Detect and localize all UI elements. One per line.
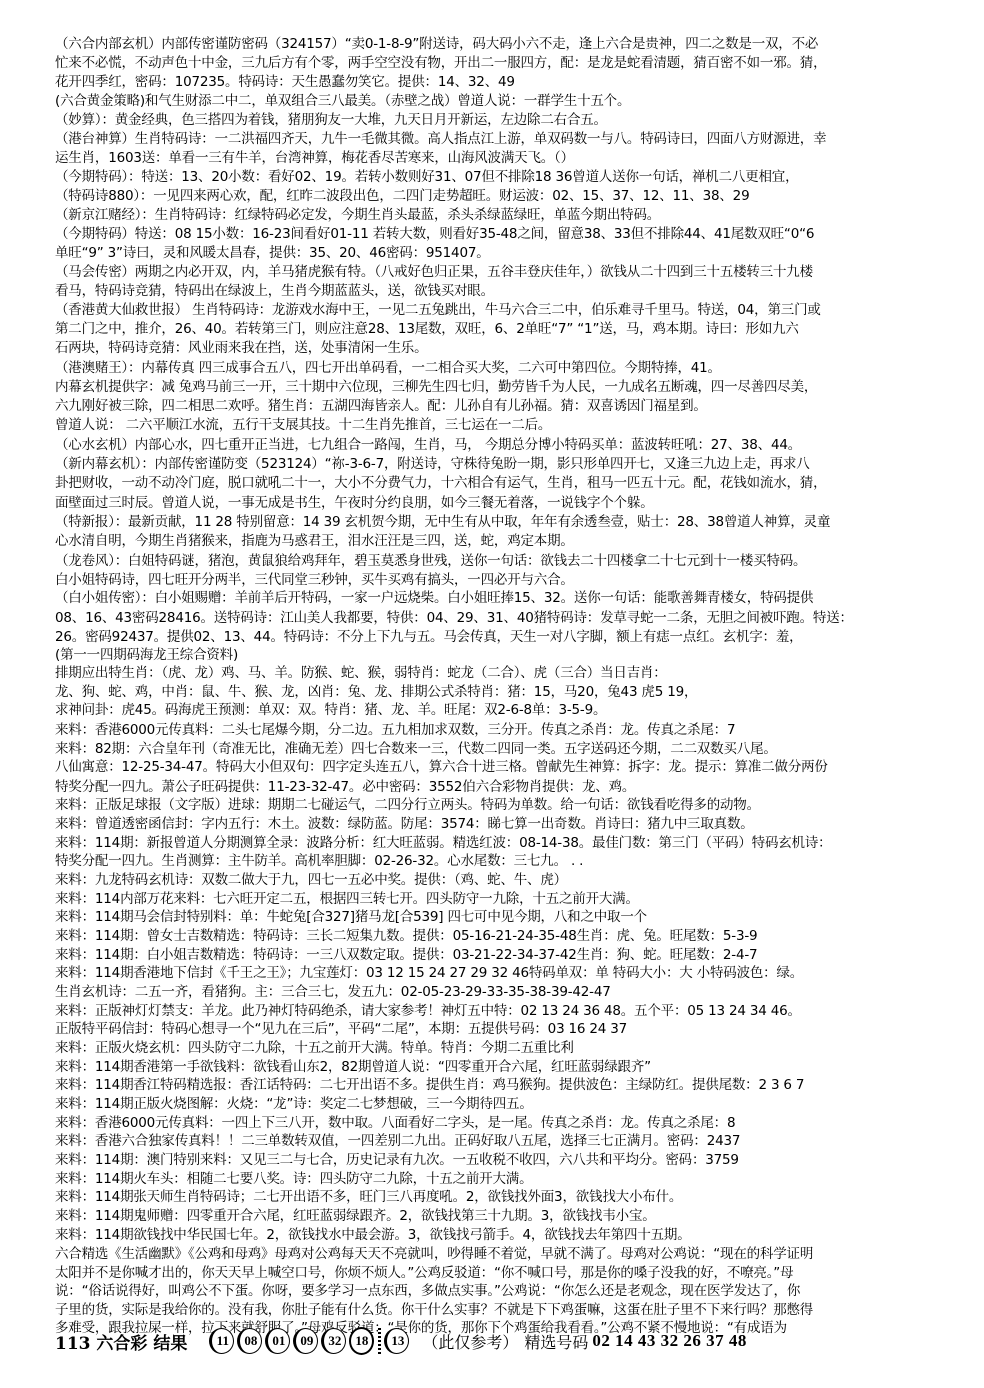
text-line: 看马，特码诗竞猜，特码出在绿波上，生肖今期蓝蓝头，送，欲钱买对眼。 bbox=[55, 282, 494, 300]
text-line: 花开四季红，密码：107235。特码诗：天生愚蠢勿笑它。提供：14、32、49 bbox=[55, 73, 515, 91]
text-line: （六合内部玄机）内部传密谨防密码（324157）“卖0-1-8-9”附送诗，码大… bbox=[55, 35, 818, 53]
text-line: 第二门之中，推介，26、40。若转第三门，则应注意28、13尾数，双旺，6、2单… bbox=[55, 320, 799, 338]
text-line: 石两块，特码诗竞猜：风业雨来我在挡，送，处事清闲一生乐。 bbox=[55, 339, 427, 357]
text-line: （新京江赌经）：生肖特码诗：红绿特码必定发，今期生肖头最蓝，杀头杀绿蓝绿旺，单蓝… bbox=[55, 206, 660, 224]
text-line: 来料：114期张天师生肖特码诗；二七开出语不多，旺门三八再度吼。2，欲钱找外面3… bbox=[55, 1188, 682, 1206]
result-ball: 08 bbox=[237, 1328, 262, 1354]
text-line: 求神问卦：虎45。码海虎王预测：单双：双。特肖：猪、龙、羊。旺尾：双2-6-8单… bbox=[55, 701, 606, 719]
text-line: （香港黄大仙救世报） 生肖特码诗：龙游戏水海中王，一见二五兔跳出，牛马六合三二中… bbox=[55, 301, 821, 319]
text-line: （特码诗880）：一见四来两心欢，配，红昨二波段出色，二四门走势超旺。财运波：0… bbox=[55, 187, 749, 205]
text-line: 特奖分配一四九。萧公子旺码提供：11-23-32-47。必中密码：3552伯六合… bbox=[55, 778, 635, 796]
result-row: 113 六合彩 结果 11 08 01 09 32 18 13 （此仅参考） 精… bbox=[55, 1327, 747, 1355]
text-line: 来料：114期：澳门特别来料：又见三二与七合，历史记录有九次。一五收税不收四，六… bbox=[55, 1151, 739, 1169]
document-page: （六合内部玄机）内部传密谨防密码（324157）“卖0-1-8-9”附送诗，码大… bbox=[0, 0, 984, 1388]
text-line: 特奖分配一四九。生肖测算：主牛防羊。高机率胆脚：02-26-32。心水尾数：三七… bbox=[55, 852, 583, 870]
text-line: 来料：114期香江特码精选报：香江话特码：二七开出语不多。提供生肖：鸡马猴狗。提… bbox=[55, 1076, 804, 1094]
text-line: 卦把财收，一动不动冷门庭，脱口就吼二十一，大小不分费气力，十六相合有运气，生肖，… bbox=[55, 474, 826, 492]
text-line: 来料：正版神灯灯禁支：羊龙。此乃神灯特码绝杀，请大家参考！神灯五中特：02 13… bbox=[55, 1002, 801, 1020]
result-ball: 09 bbox=[293, 1328, 318, 1354]
text-line: 08、16、43密码28416。送特码诗：江山美人我都要，特供：04、29、31… bbox=[55, 609, 853, 627]
text-line: 六九刚好被三除，四二相思二欢呼。猪生肖：五湖四海皆亲人。配：儿孙自有儿孙福。猜：… bbox=[55, 397, 707, 415]
text-line: 26。密码92437。提供02、13、44。特码诗：不分上下九与五。马会传真，天… bbox=[55, 628, 802, 646]
text-line: 来料：114期：曾女士吉数精选：特码诗：三长二短集九数。提供：05-16-21-… bbox=[55, 927, 757, 945]
text-line: 来料：正版足球报（文字版）进球：期期二七碰运气，二四分行立两头。特码为单数。给一… bbox=[55, 796, 760, 814]
text-line: （马会传密）两期之内必开双，内，羊马猪虎猴有特。（八戒好色归正果，五谷丰登庆佳年… bbox=[55, 263, 813, 281]
text-line: 来料：香港6000元传真料：一四上下三八开，数中取。八面看好二字头，是一尾。传真… bbox=[55, 1114, 735, 1132]
text-line: 来料：114期香港第一手欲钱料：欲钱看山东2，82期曾道人说：“四零重开合六尾，… bbox=[55, 1058, 651, 1076]
text-line: 子里的货，实际是我给你的。没有我，你肚子能有什么货。你干什么实事？不就是下下鸡蛋… bbox=[55, 1301, 813, 1319]
text-line: 生肖玄机诗：二五一齐，看猪狗。主：三合三七，发五九：02-05-23-29-33… bbox=[55, 983, 611, 1001]
special-separator bbox=[378, 1328, 381, 1354]
text-line: 来料：114期：新报曾道人分期测算全录：波路分析：红大旺蓝弱。精选红波：08-1… bbox=[55, 834, 831, 852]
special-ball: 13 bbox=[384, 1328, 409, 1354]
text-line: 白小姐特码诗，四七旺开分两半，三代同堂三秒钟，买牛买鸡有搞头，一四必开与六合。 bbox=[55, 571, 574, 589]
text-line: （今期特码）特送：08 15小数：16-23间看好01-11 若转大数，则看好3… bbox=[55, 225, 814, 243]
picks-label: 精选号码 bbox=[524, 1330, 588, 1353]
text-line: 来料：114期欲钱找中华民国七年。2，欲钱找水中最会游。3，欲钱找弓箭手。4，欲… bbox=[55, 1226, 691, 1244]
text-line: 来料：114期火车头：相随二七要八奖。诗：四头防守二九除，十五之前开大满。 bbox=[55, 1170, 532, 1188]
text-line: (第一一四期码海龙王综合资料) bbox=[55, 646, 238, 664]
result-ball: 18 bbox=[349, 1327, 374, 1355]
text-line: （白小姐传密）：白小姐赐赠：羊前羊后开特码，一家一户远烧柴。白小姐旺捧15、32… bbox=[55, 589, 813, 607]
text-line: (六合黄金策略)和气生财添二中二，单双组合三八最美。（赤壁之战）曾道人说：一群学… bbox=[55, 92, 630, 110]
reference-note: （此仅参考） bbox=[422, 1330, 518, 1353]
text-line: （特新报）：最新贡献，11 28 特别留意：14 39 玄机贺今期，无中生有从中… bbox=[55, 513, 830, 531]
text-line: （龙卷风）：白姐特码谜，猪泡，黄鼠狼给鸡拜年，碧玉莫悉身世残，送你一句话：欲钱去… bbox=[55, 552, 806, 570]
text-line: 来料：正版火烧玄机：四头防守二九除，十五之前开大满。特单。特肖：今期二五重比利 bbox=[55, 1039, 574, 1057]
text-line: （港澳赌王）：内幕传真 四三成事合五八，四七开出单码看，一二相合买大奖，二六可中… bbox=[55, 359, 721, 377]
text-line: 来料：114期：白小姐吉数精选：特码诗：一三八双数定取。提供：03-21-22-… bbox=[55, 946, 757, 964]
text-line: 来料：九龙特码玄机诗：双数二做大于九，四七一五必中奖。提供：（鸡、蛇、牛、虎） bbox=[55, 871, 567, 889]
text-line: （心水玄机）内部心水，四七重开正当进，七九组合一路闯，生肖，马， 今期总分博小特… bbox=[55, 436, 801, 454]
text-line: 曾道人说： 二六平顺江水流，五行干支展其技。十二生肖先推首，三七运在一二后。 bbox=[55, 416, 551, 434]
result-ball: 32 bbox=[321, 1328, 346, 1354]
text-line: 来料：114期香港地下信封《千王之王》；九宝莲灯：03 12 15 24 27 … bbox=[55, 964, 803, 982]
picks-numbers: 02 14 43 32 26 37 48 bbox=[592, 1331, 747, 1351]
text-line: （港台神算）生肖特码诗：一二洪福四齐天，九牛一毛微其微。高人指点江上游，单双码数… bbox=[55, 130, 826, 148]
text-line: 来料：114期马会信封特别料：单：牛蛇兔[合327]猪马龙[合539] 四七可中… bbox=[55, 908, 647, 926]
text-line: 来料：香港六合独家传真料！！二三单数转双值，一四差别二九出。正码好取八五尾，选择… bbox=[55, 1132, 740, 1150]
result-ball: 11 bbox=[209, 1328, 234, 1354]
text-body: （六合内部玄机）内部传密谨防密码（324157）“卖0-1-8-9”附送诗，码大… bbox=[55, 0, 935, 1340]
text-line: 来料：曾道透密函信封：字内五行：木土。波数：绿防蓝。防尾：3574：睇七算一出奇… bbox=[55, 815, 754, 833]
text-line: 太阳并不是你喊才出的，你天天早上喊空口号，你烦不烦人。”公鸡反驳道：“你不喊口号… bbox=[55, 1264, 793, 1282]
text-line: （新内幕玄机）：内部传密谨防变（523124）“祢-3-6-7，附送诗，守株待兔… bbox=[55, 455, 810, 473]
text-line: 运生肖，1603送：单看一三有牛羊，台湾神算，梅花香尽苦寒来，山海风波满天飞。（… bbox=[55, 149, 574, 167]
text-line: （妙算）：黄金经典，色三搭四为着钱，猪朋狗友一大堆，九天日月开新运，左边除二右合… bbox=[55, 111, 607, 129]
text-line: 面壁面过三时辰。曾道人说，一事无成是书生，午夜时分约良朋，如今三餐无着落，一说钱… bbox=[55, 494, 654, 512]
text-line: 内幕玄机提供字：减 兔鸡马前三一开，三十期中六位现，三柳先生四七归，勤劳皆千为人… bbox=[55, 378, 817, 396]
result-title: 113 六合彩 结果 bbox=[55, 1329, 187, 1354]
text-line: 龙、狗、蛇、鸡，中肖：鼠、牛、猴、龙，凶肖：兔、龙、排期公式杀特肖：猪：15，马… bbox=[55, 683, 697, 701]
text-line: 说：“俗话说得好，叫鸡公不下蛋。你呀，要多学习一点东西，多做点实事。”公鸡说：“… bbox=[55, 1282, 800, 1300]
text-line: 来料：114期正版火烧图解：火烧：“龙”诗：奖定二七梦想破，三一今期待四五。 bbox=[55, 1095, 533, 1113]
text-line: 单旺“9” 3”诗曰，灵和风暖太昌春，提供：35、20、46密码：951407。 bbox=[55, 244, 490, 262]
text-line: 来料：114期鬼师赠：四零重开合六尾，红旺蓝弱绿跟齐。2，欲钱找第三十九期。3，… bbox=[55, 1207, 656, 1225]
text-line: 八仙寓意：12-25-34-47。特码大小但双句：四字定头连五八，算六合十进三格… bbox=[55, 758, 828, 776]
result-ball: 01 bbox=[265, 1328, 290, 1354]
text-line: 正版特平码信封：特码心想寻一个“见九在三后”，平码“二尾”，本期：五提供号码：0… bbox=[55, 1020, 627, 1038]
text-line: 心水清自明，今期生肖猪猴来，指鹿为马惑君王，泪水汪汪是三四，送，蛇，鸡定本期。 bbox=[55, 532, 574, 550]
text-line: 忙来不必慌，不动声色十中金，三九后方有个零，两手空空没有物，开出二一服四方，配：… bbox=[55, 54, 826, 72]
text-line: 排期应出特生肖：（虎、龙）鸡、马、羊。防猴、蛇、猴，弱特肖：蛇龙（二合）、虎（三… bbox=[55, 664, 667, 682]
text-line: 来料：82期：六合皇年刊（奇准无比，准确无差）四七合数来一三，代数二四同一类。五… bbox=[55, 740, 777, 758]
text-line: 来料：香港6000元传真料：二头七尾爆今期，分二边。五九相加求双数，三分开。传真… bbox=[55, 721, 735, 739]
text-line: （今期特码）：特送：13、20小数：看好02、19。若转小数则好31、07但不排… bbox=[55, 168, 798, 186]
text-line: 来料：114内部万花来料：七六旺开定二五，根据四三转七开。四头防守一九除，十五之… bbox=[55, 890, 639, 908]
text-line: 六合精选《生活幽默》《公鸡和母鸡》母鸡对公鸡每天天不亮就叫，吵得睡不着觉，早就不… bbox=[55, 1245, 813, 1263]
